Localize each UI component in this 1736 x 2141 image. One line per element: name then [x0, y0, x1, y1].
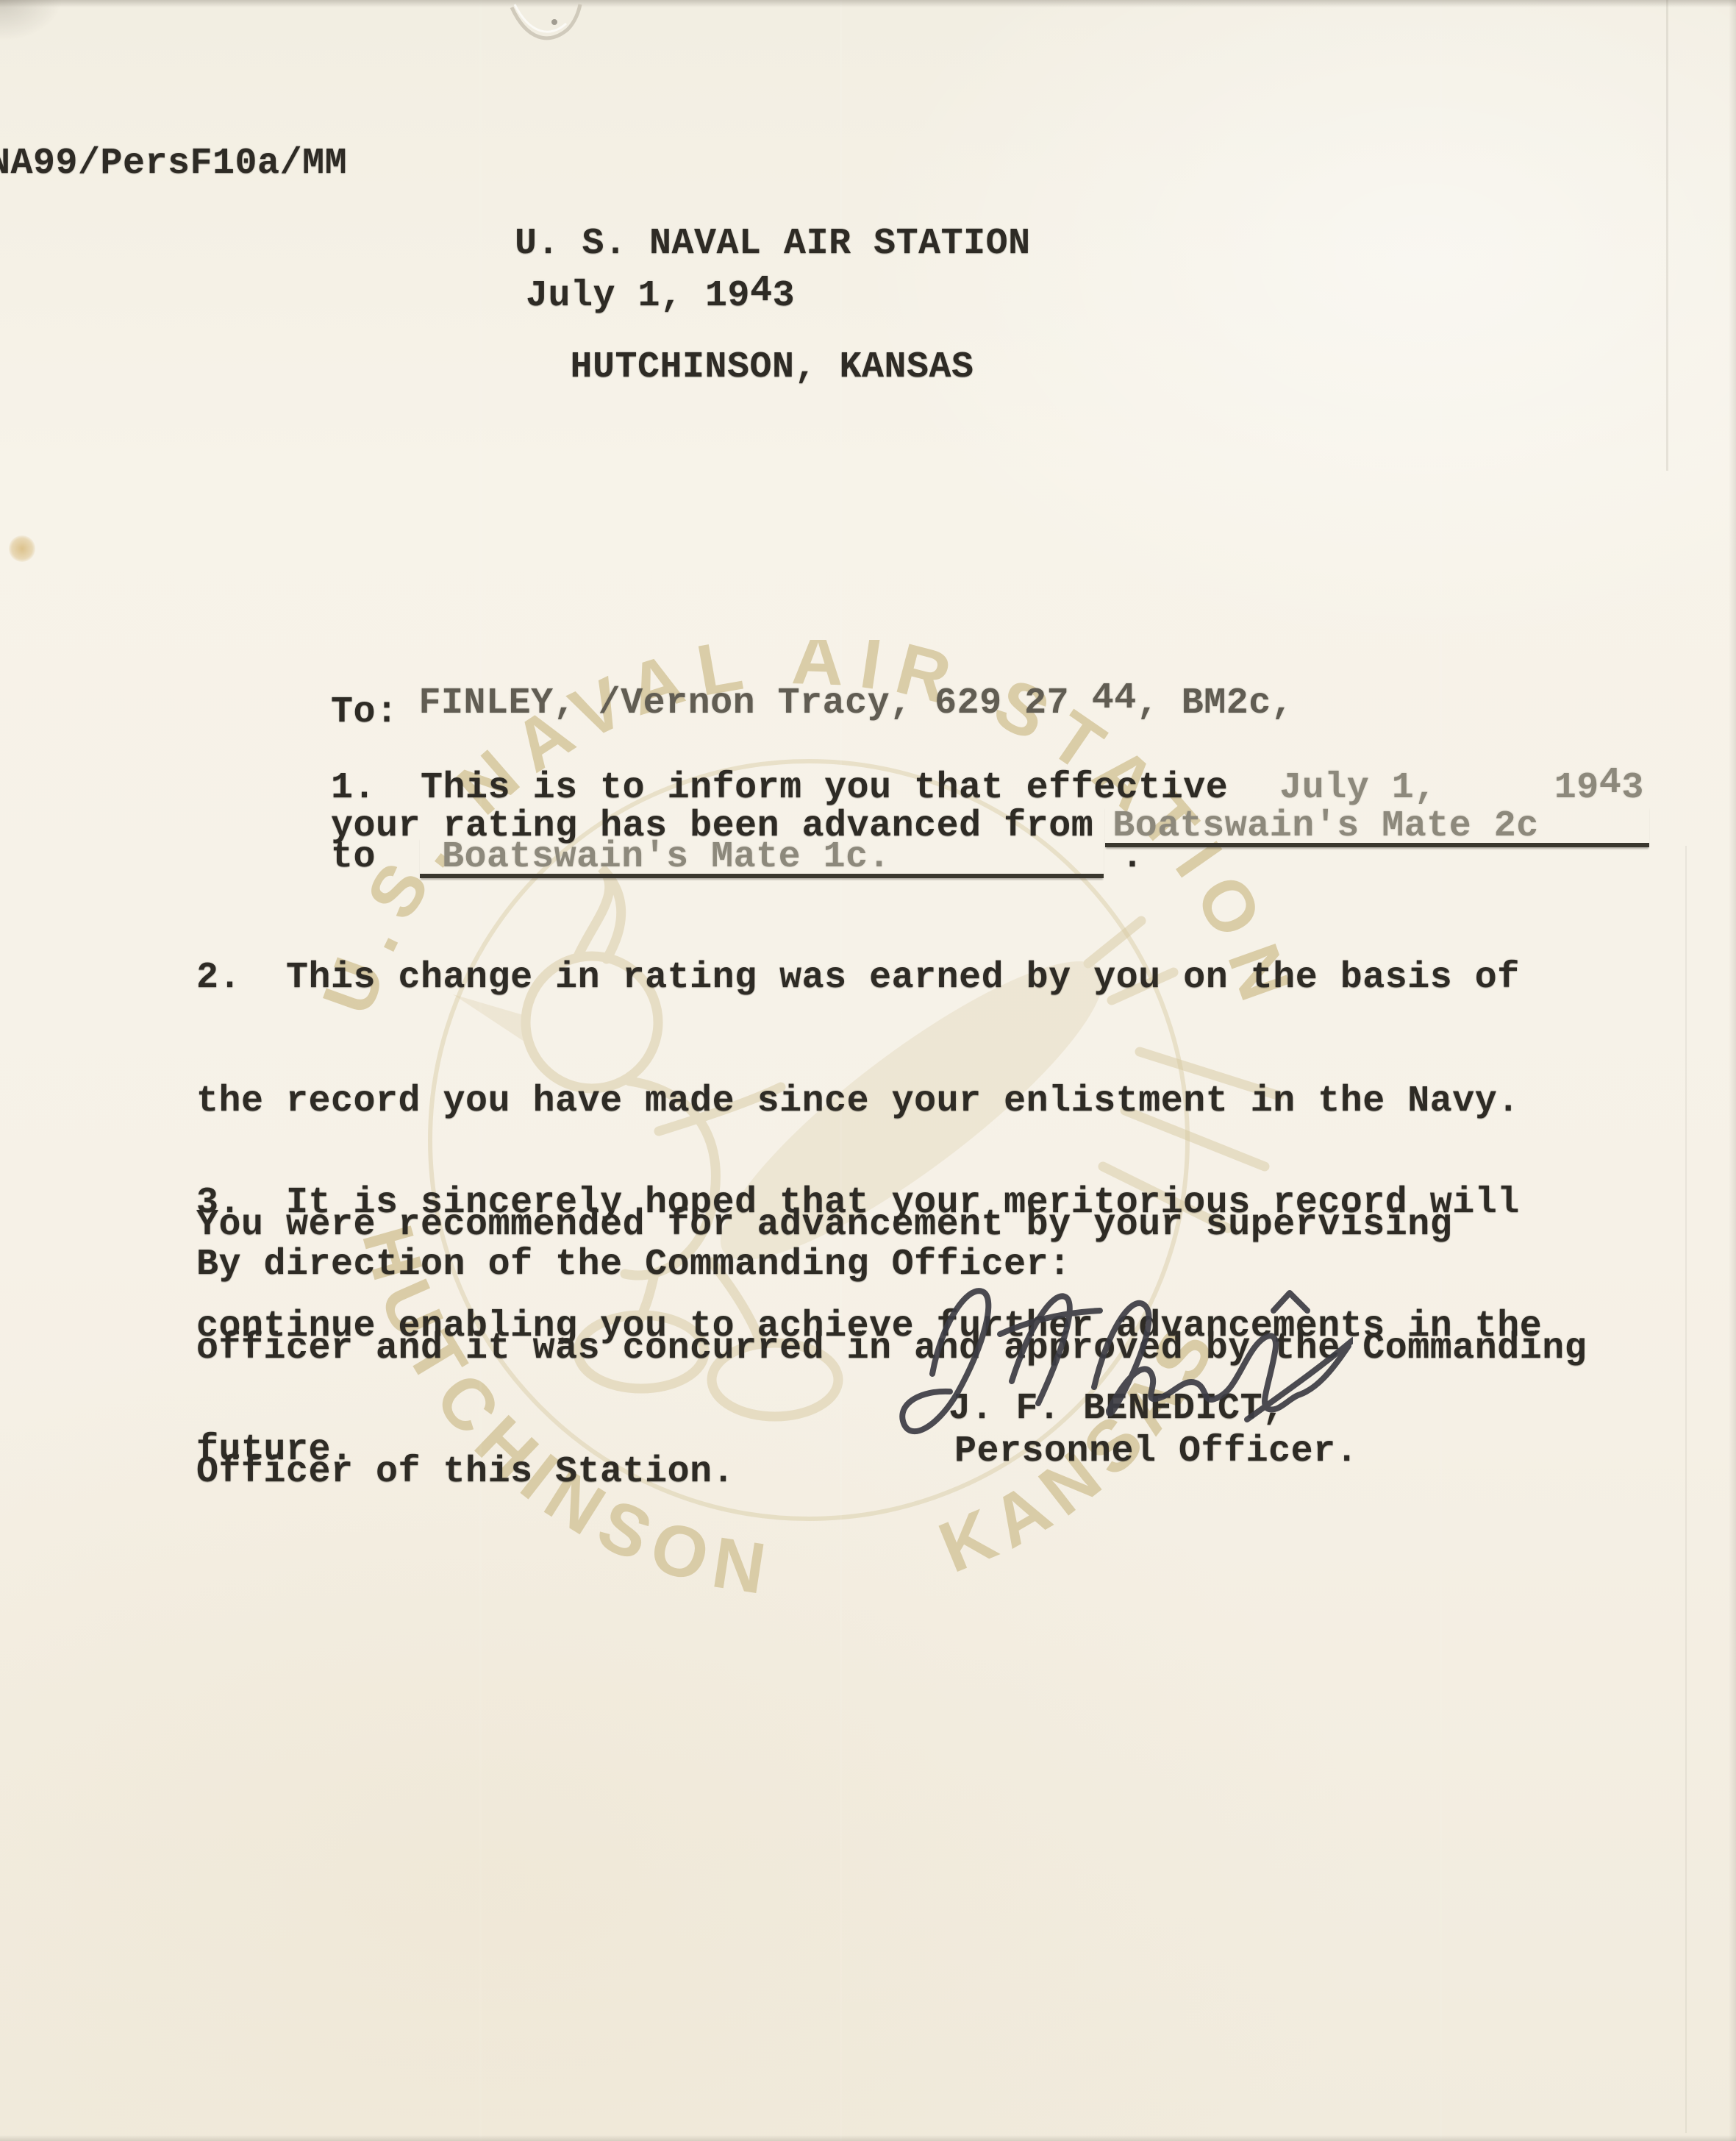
- signature-stroke-f-cross: [1000, 1311, 1100, 1334]
- para1-line3-prefix: to: [331, 836, 376, 878]
- letter-date: July 1, 1943: [526, 276, 795, 317]
- handwritten-signature: [838, 1243, 1353, 1464]
- paragraph-3-line: 3. It is sincerely hoped that your merit…: [196, 1183, 1542, 1224]
- station-name: U. S. NAVAL AIR STATION: [515, 224, 1029, 265]
- paper-crease-line: [1685, 846, 1687, 2133]
- letter-content: NA99/PersF10a/MM U. S. NAVAL AIR STATION…: [0, 0, 1736, 2141]
- paper-crease-line: [1666, 0, 1668, 471]
- signature-stroke-j: [902, 1291, 988, 1431]
- scan-edge-top-shadow: [0, 0, 1736, 7]
- rating-from-blank: Boatswain's Mate 2c: [1105, 806, 1649, 847]
- paper-stain-spot: [9, 535, 35, 562]
- signature-stroke-caret: [1274, 1293, 1307, 1311]
- scan-edge-bottom-shadow: [0, 2135, 1736, 2141]
- para1-trailing-period: .: [1121, 836, 1144, 878]
- scan-corner-shadow: [0, 0, 88, 59]
- scan-edge-right-shadow: [1729, 0, 1736, 2141]
- scanned-letter-page: U.S. NAVAL AIR STATION HUTCHINSON KANSAS…: [0, 0, 1736, 2141]
- signature-stroke-t-cross: [1247, 1340, 1353, 1419]
- addressee-value: FINLEY, /Vernon Tracy, 629 27 44, BM2c,: [419, 683, 1294, 724]
- paragraph-2-line: 2. This change in rating was earned by y…: [196, 958, 1587, 999]
- station-location: HUTCHINSON, KANSAS: [515, 347, 1029, 388]
- paper-tear-mark: [506, 0, 601, 62]
- signature-stroke-benedict: [1094, 1303, 1349, 1414]
- rating-to-blank: Boatswain's Mate 1c.: [420, 837, 1104, 878]
- reference-code: NA99/PersF10a/MM: [0, 143, 347, 185]
